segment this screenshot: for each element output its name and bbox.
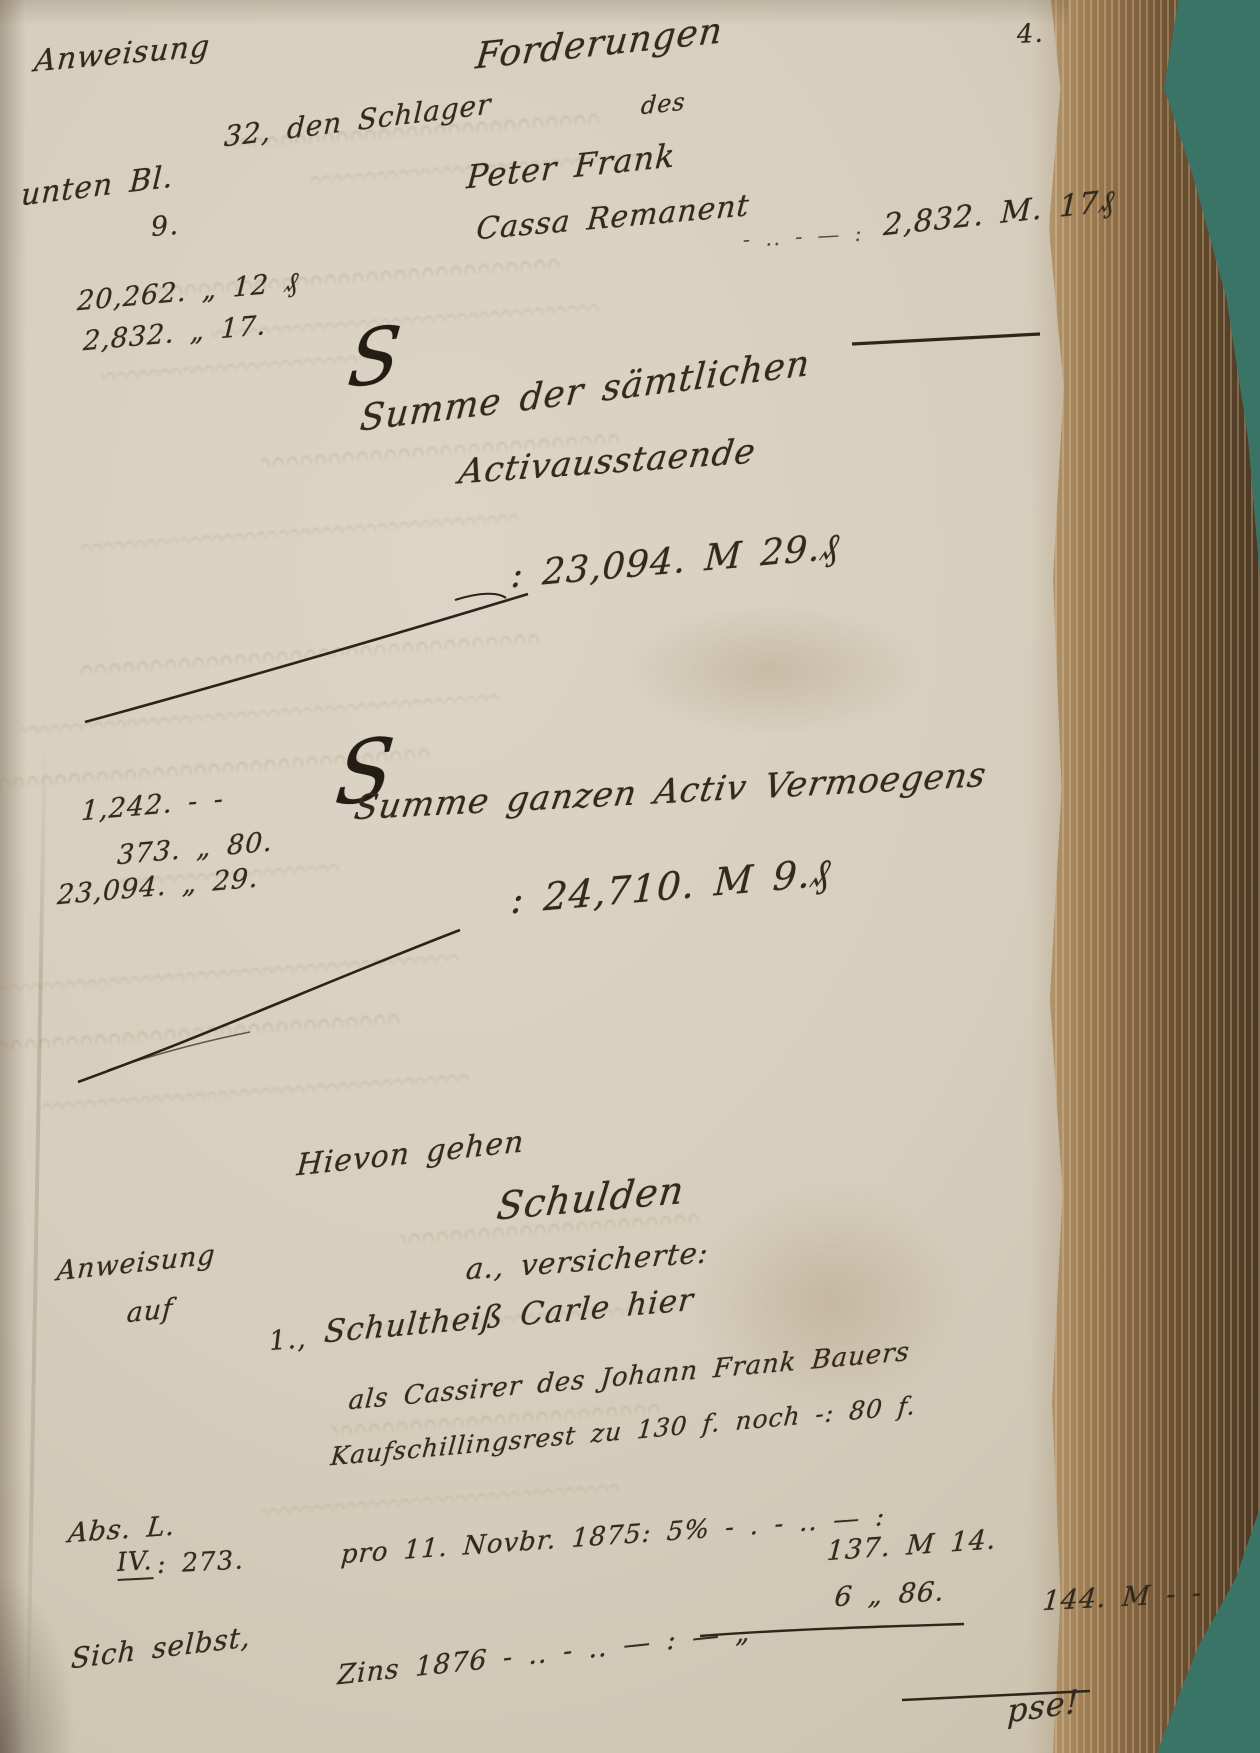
margin-ref-9: 9.	[150, 210, 180, 243]
item1-number: 1.,	[268, 1323, 307, 1357]
margin-273: : 273.	[156, 1545, 244, 1580]
margin-auf: auf	[126, 1293, 174, 1329]
paper-top-shadow	[0, 0, 1068, 26]
item1-amount2: 6 „ 86.	[833, 1576, 946, 1613]
ink-smudge	[560, 580, 980, 760]
ledger-page-photo: 4. Anweisung unten Bl. 9. Forderungen de…	[0, 0, 1260, 1753]
calligraphic-s-flourish: S	[345, 323, 404, 393]
title-des: des	[640, 87, 687, 120]
page-number: 4.	[1016, 19, 1044, 50]
margin-iv: IV.	[116, 1546, 153, 1581]
